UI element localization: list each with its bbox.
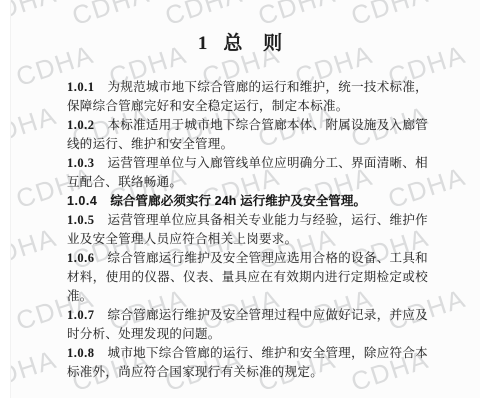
clause-number: 1.0.8	[67, 346, 95, 360]
clause-number: 1.0.3	[67, 156, 95, 170]
clause-number: 1.0.2	[67, 118, 95, 132]
page-edge	[0, 0, 11, 398]
clause-text: 综合管廊运行维护及安全管理应选用合格的设备、工具和材料，使用的仪器、仪表、量具应…	[67, 251, 428, 303]
clause: 1.0.7综合管廊运行维护及安全管理过程中应做好记录，并应及时分析、处理发现的问…	[67, 306, 428, 344]
clause-text: 综合管廊运行维护及安全管理过程中应做好记录，并应及时分析、处理发现的问题。	[67, 308, 428, 341]
clause-text: 运营管理单位与入廊管线单位应明确分工、界面清晰、相互配合、联络畅通。	[67, 156, 428, 189]
chapter-number: 1	[198, 33, 208, 54]
document-page: CDHACDHACDHACDHACDHACDHACDHACDHACDHACDHA…	[0, 0, 480, 398]
clause-number: 1.0.6	[67, 251, 95, 265]
clause-number: 1.0.4	[67, 194, 97, 208]
clause-text: 城市地下综合管廊的运行、维护和安全管理，除应符合本标准外，尚应符合国家现行有关标…	[67, 346, 428, 379]
clause: 1.0.3运营管理单位与入廊管线单位应明确分工、界面清晰、相互配合、联络畅通。	[67, 154, 428, 192]
chapter-title: 总 则	[223, 33, 282, 54]
clause: 1.0.8城市地下综合管廊的运行、维护和安全管理，除应符合本标准外，尚应符合国家…	[67, 344, 428, 382]
clause: 1.0.1为规范城市地下综合管廊的运行和维护，统一技术标准，保障综合管廊完好和安…	[67, 78, 428, 116]
clause-number: 1.0.1	[67, 80, 95, 94]
clause-number: 1.0.7	[67, 308, 95, 322]
clause-text: 本标准适用于城市地下综合管廊本体、附属设施及入廊管线的运行、维护和安全管理。	[67, 118, 428, 151]
clause-text: 综合管廊必须实行 24h 运行维护及安全管理。	[110, 194, 366, 208]
clause: 1.0.5运营管理单位应具备相关专业能力与经验，运行、维护作业及安全管理人员应符…	[67, 211, 428, 249]
clause-text: 运营管理单位应具备相关专业能力与经验，运行、维护作业及安全管理人员应符合相关上岗…	[67, 213, 428, 246]
clause-text: 为规范城市地下综合管廊的运行和维护，统一技术标准，保障综合管廊完好和安全稳定运行…	[67, 80, 428, 113]
clause: 1.0.6综合管廊运行维护及安全管理应选用合格的设备、工具和材料，使用的仪器、仪…	[67, 249, 428, 306]
chapter-heading: 1总 则	[0, 28, 480, 55]
clause-number: 1.0.5	[67, 213, 95, 227]
clause-list: 1.0.1为规范城市地下综合管廊的运行和维护，统一技术标准，保障综合管廊完好和安…	[67, 78, 428, 382]
clause: 1.0.2本标准适用于城市地下综合管廊本体、附属设施及入廊管线的运行、维护和安全…	[67, 116, 428, 154]
clause: 1.0.4综合管廊必须实行 24h 运行维护及安全管理。	[67, 192, 428, 211]
